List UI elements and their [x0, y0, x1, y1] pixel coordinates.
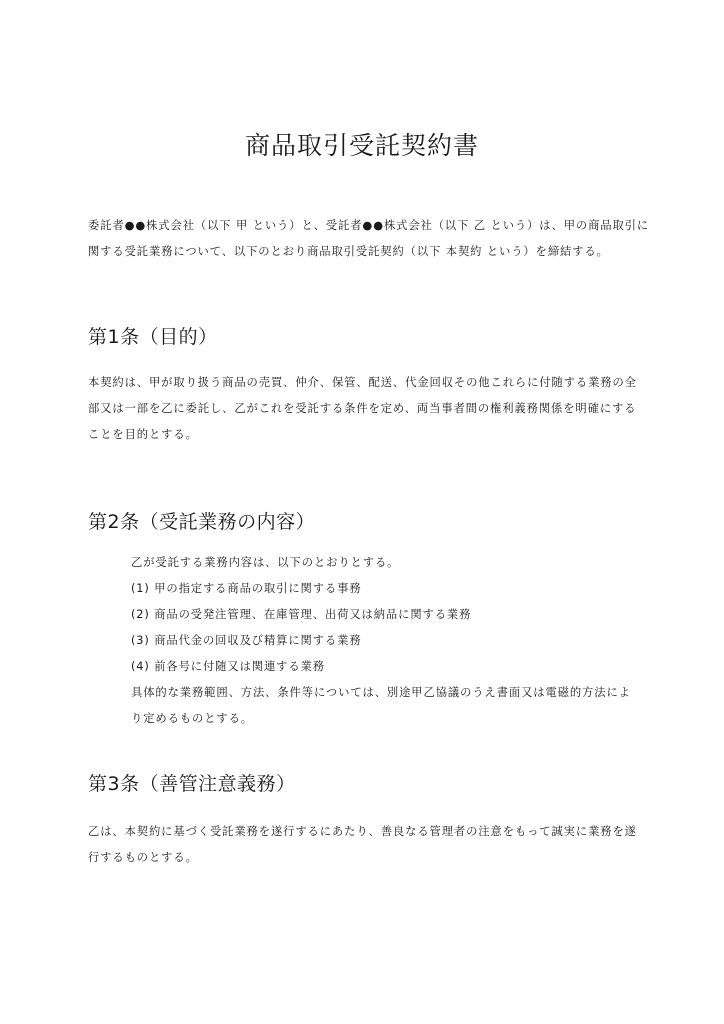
article-1-line: 本契約は、甲が取り扱う商品の売買、仲介、保管、配送、代金回収その他これらに付随す… — [88, 370, 648, 396]
article-3-body: 乙は、本契約に基づく受託業務を遂行するにあたり、善良なる管理者の注意をもって誠実… — [88, 819, 648, 871]
article-1-body: 本契約は、甲が取り扱う商品の売買、仲介、保管、配送、代金回収その他これらに付随す… — [88, 370, 648, 448]
preamble-line: 委託者●●株式会社（以下 甲 という）と、受託者●●株式会社（以下 乙 という）… — [88, 213, 648, 239]
article-1-heading: 第1条（目的） — [88, 322, 218, 349]
article-2-item-2: (2) 商品の受発注管理、在庫管理、出荷又は納品に関する業務 — [131, 602, 651, 628]
preamble-paragraph: 委託者●●株式会社（以下 甲 という）と、受託者●●株式会社（以下 乙 という）… — [88, 213, 648, 265]
document-title: 商品取引受託契約書 — [0, 126, 724, 162]
article-1-line: 部又は一部を乙に委託し、乙がこれを受託する条件を定め、両当事者間の権利義務関係を… — [88, 396, 648, 422]
article-2-body: 乙が受託する業務内容は、以下のとおりとする。 (1) 甲の指定する商品の取引に関… — [131, 550, 651, 732]
article-2-intro: 乙が受託する業務内容は、以下のとおりとする。 — [131, 550, 651, 576]
article-2-note: 具体的な業務範囲、方法、条件等については、別途甲乙協議のうえ書面又は電磁的方法に… — [131, 680, 651, 706]
article-2-heading: 第2条（受託業務の内容） — [88, 507, 315, 534]
article-1-line: ことを目的とする。 — [88, 422, 648, 448]
article-3-line: 乙は、本契約に基づく受託業務を遂行するにあたり、善良なる管理者の注意をもって誠実… — [88, 819, 648, 845]
article-2-note-cont: り定めるものとする。 — [131, 706, 651, 732]
preamble-line: 関する受託業務について、以下のとおり商品取引受託契約（以下 本契約 という）を締… — [88, 239, 648, 265]
article-2-item-4: (4) 前各号に付随又は関連する業務 — [131, 654, 651, 680]
article-2-item-1: (1) 甲の指定する商品の取引に関する事務 — [131, 576, 651, 602]
article-3-line: 行するものとする。 — [88, 845, 648, 871]
article-2-item-3: (3) 商品代金の回収及び精算に関する業務 — [131, 628, 651, 654]
article-3-heading: 第3条（善管注意義務） — [88, 769, 296, 796]
